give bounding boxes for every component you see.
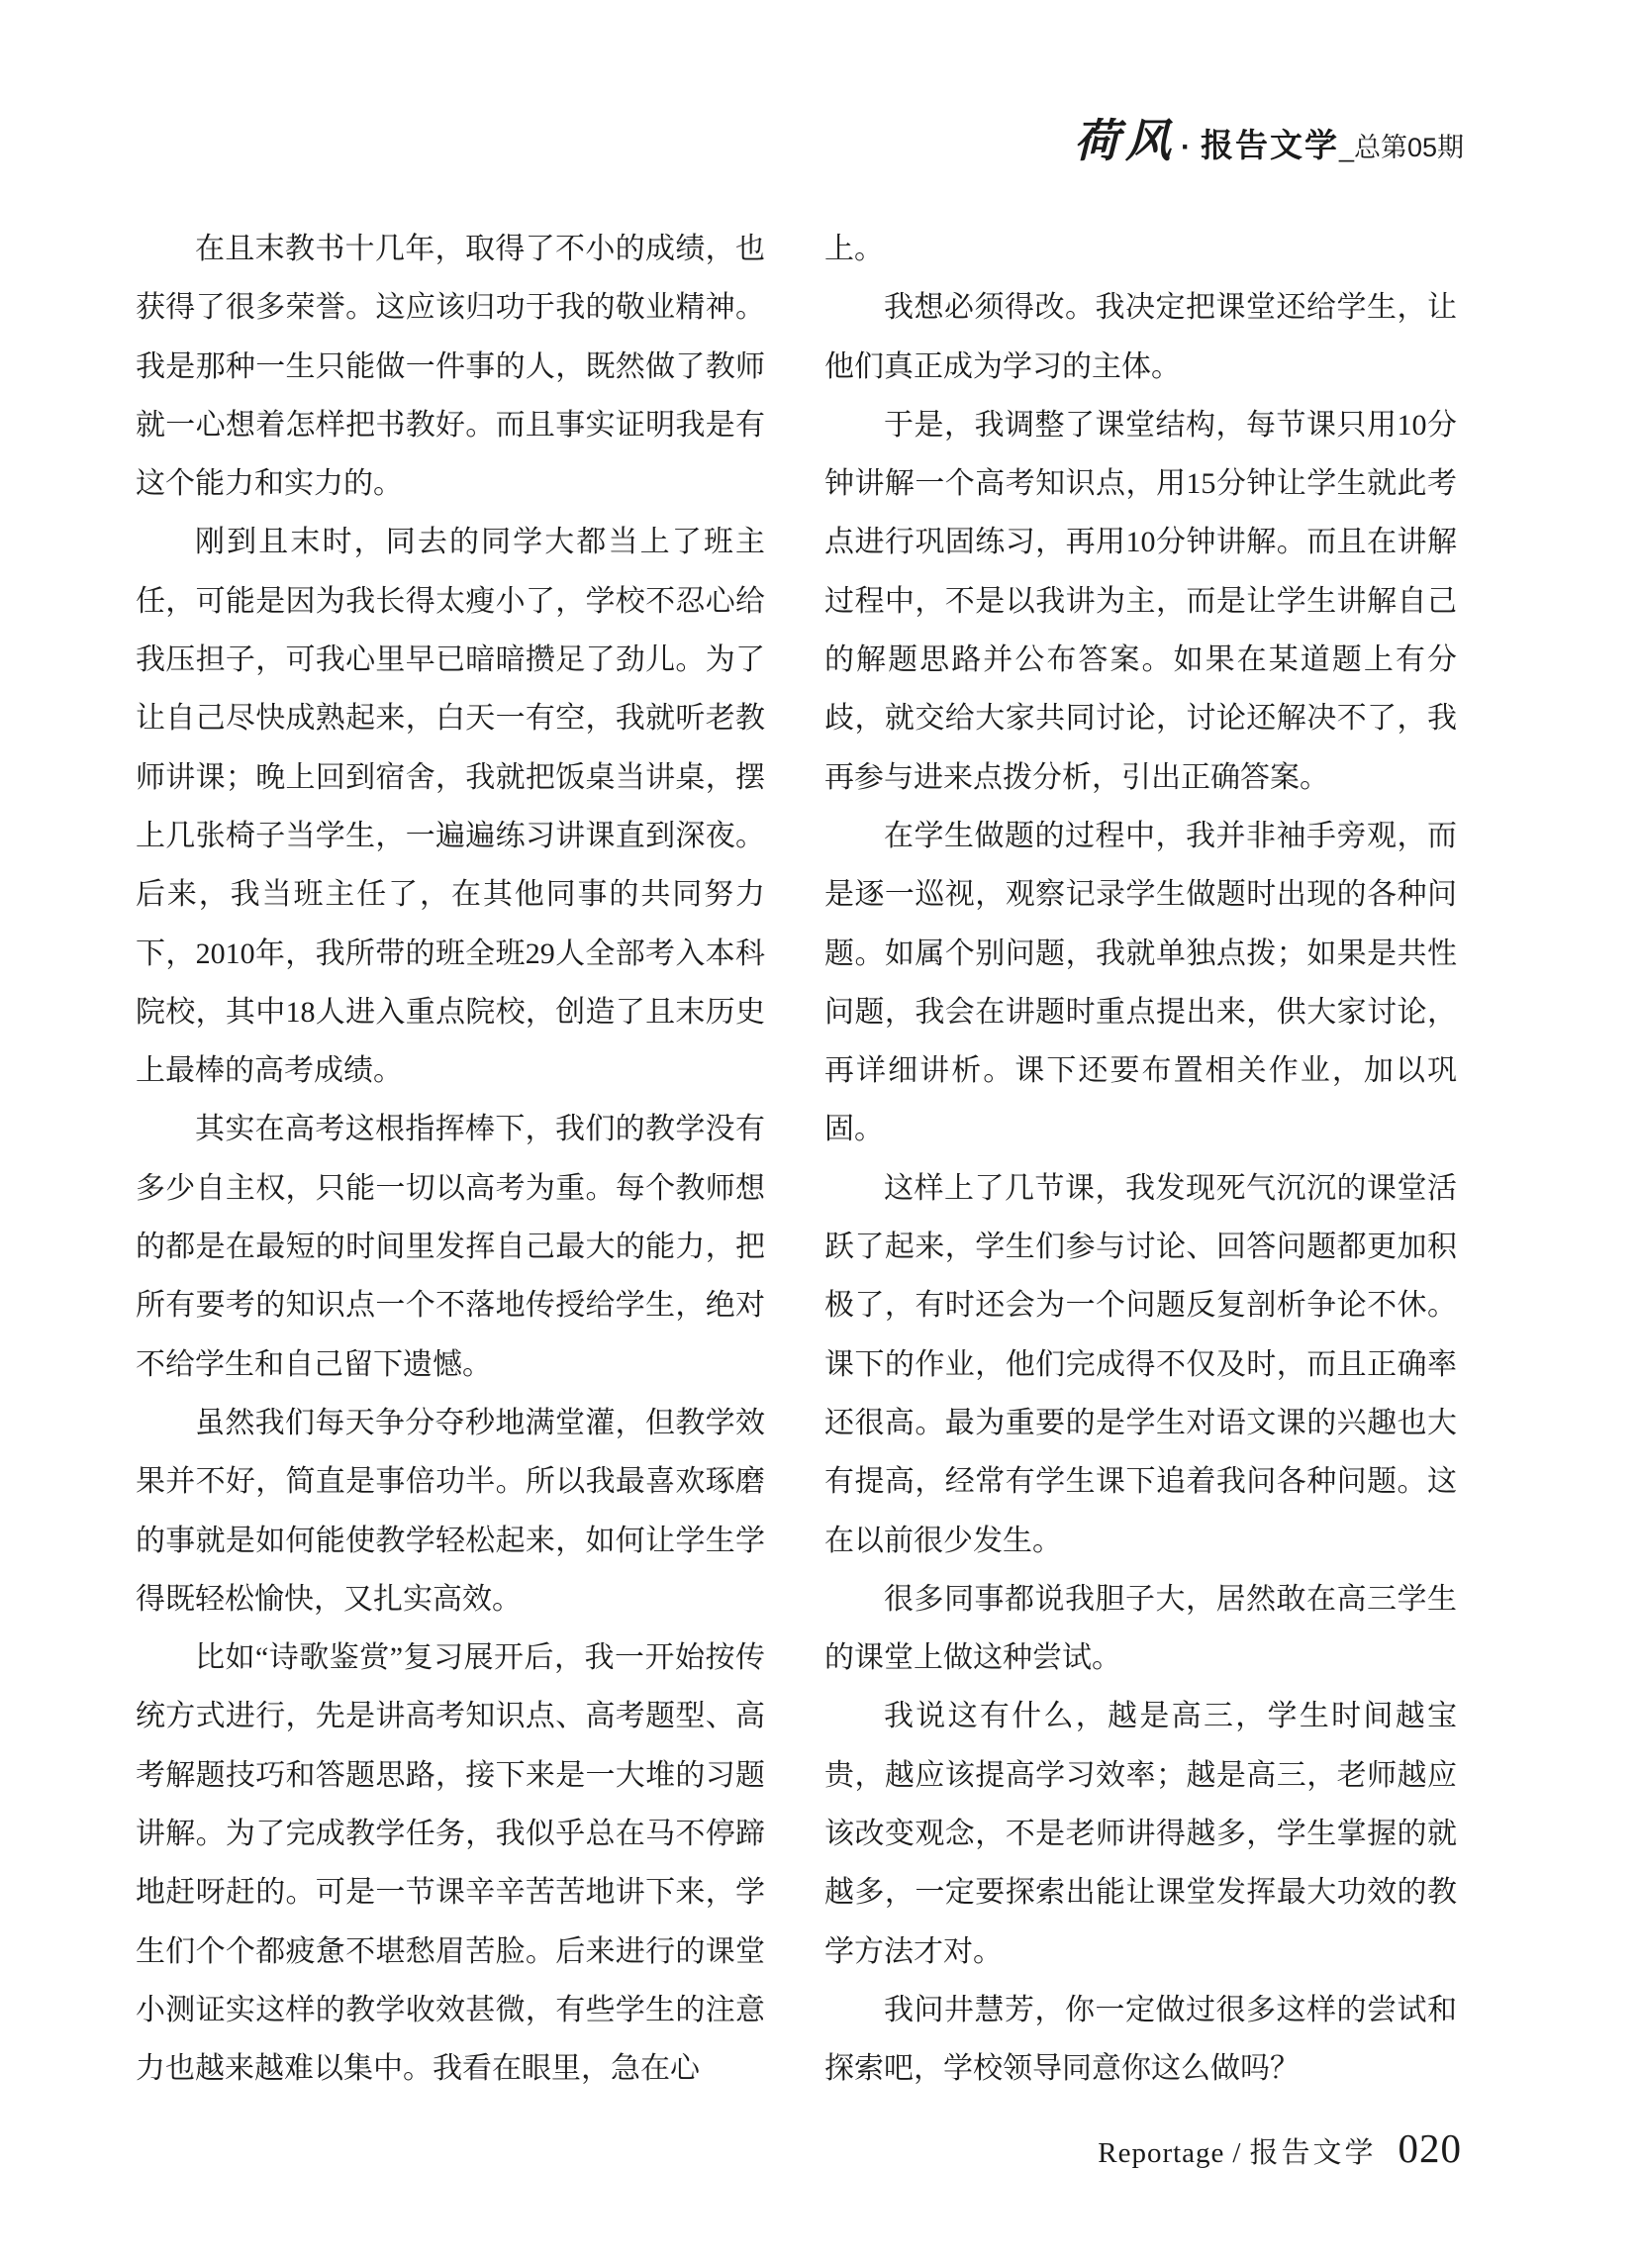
magazine-logo: 荷风: [1074, 105, 1177, 170]
footer-journal-cn: 报告文学: [1249, 2130, 1376, 2171]
article-paragraph: 虽然我们每天争分夺秒地满堂灌，但教学效果并不好，简直是事倍功半。所以我最喜欢琢磨…: [136, 1394, 765, 1628]
article-paragraph: 我问井慧芳，你一定做过很多这样的尝试和探索吧，学校领导同意你这么做吗？: [824, 1981, 1457, 2099]
footer-slash: /: [1232, 2137, 1241, 2170]
article-paragraph: 在且末教书十几年，取得了不小的成绩，也获得了很多荣誉。这应该归功于我的敬业精神。…: [136, 220, 765, 513]
article-column-left: 在且末教书十几年，取得了不小的成绩，也获得了很多荣誉。这应该归功于我的敬业精神。…: [136, 220, 765, 2099]
header-separator-dot: ·: [1181, 131, 1191, 164]
issue-number: _总第05期: [1339, 126, 1464, 164]
page-number: 020: [1399, 2124, 1463, 2172]
article-paragraph: 我想必须得改。我决定把课堂还给学生，让他们真正成为学习的主体。: [824, 278, 1457, 396]
article-paragraph: 在学生做题的过程中，我并非袖手旁观，而是逐一巡视，观察记录学生做题时出现的各种问…: [824, 807, 1457, 1159]
article-paragraph: 刚到且末时，同去的同学大都当上了班主任，可能是因为我长得太瘦小了，学校不忍心给我…: [136, 513, 765, 1100]
article-paragraph: 其实在高考这根指挥棒下，我们的教学没有多少自主权，只能一切以高考为重。每个教师想…: [136, 1100, 765, 1393]
article-column-right: 上。我想必须得改。我决定把课堂还给学生，让他们真正成为学习的主体。于是，我调整了…: [824, 220, 1457, 2099]
page-header: 荷风 · 报告文学 _总第05期: [1074, 105, 1464, 170]
article-paragraph: 很多同事都说我胆子大，居然敢在高三学生的课堂上做这种尝试。: [824, 1570, 1457, 1688]
section-title: 报告文学: [1201, 120, 1339, 166]
article-paragraph: 我说这有什么，越是高三，学生时间越宝贵，越应该提高学习效率；越是高三，老师越应该…: [824, 1687, 1457, 1980]
footer-journal-en: Reportage: [1098, 2137, 1224, 2170]
page-footer: Reportage / 报告文学 020: [1098, 2124, 1462, 2172]
article-paragraph: 于是，我调整了课堂结构，每节课只用10分钟讲解一个高考知识点，用15分钟让学生就…: [824, 396, 1457, 807]
article-paragraph: 比如“诗歌鉴赏”复习展开后，我一开始按传统方式进行，先是讲高考知识点、高考题型、…: [136, 1628, 765, 2098]
article-paragraph: 上。: [824, 220, 1457, 278]
magazine-page: 荷风 · 报告文学 _总第05期 在且末教书十几年，取得了不小的成绩，也获得了很…: [0, 0, 1640, 2268]
article-paragraph: 这样上了几节课，我发现死气沉沉的课堂活跃了起来，学生们参与讨论、回答问题都更加积…: [824, 1159, 1457, 1570]
